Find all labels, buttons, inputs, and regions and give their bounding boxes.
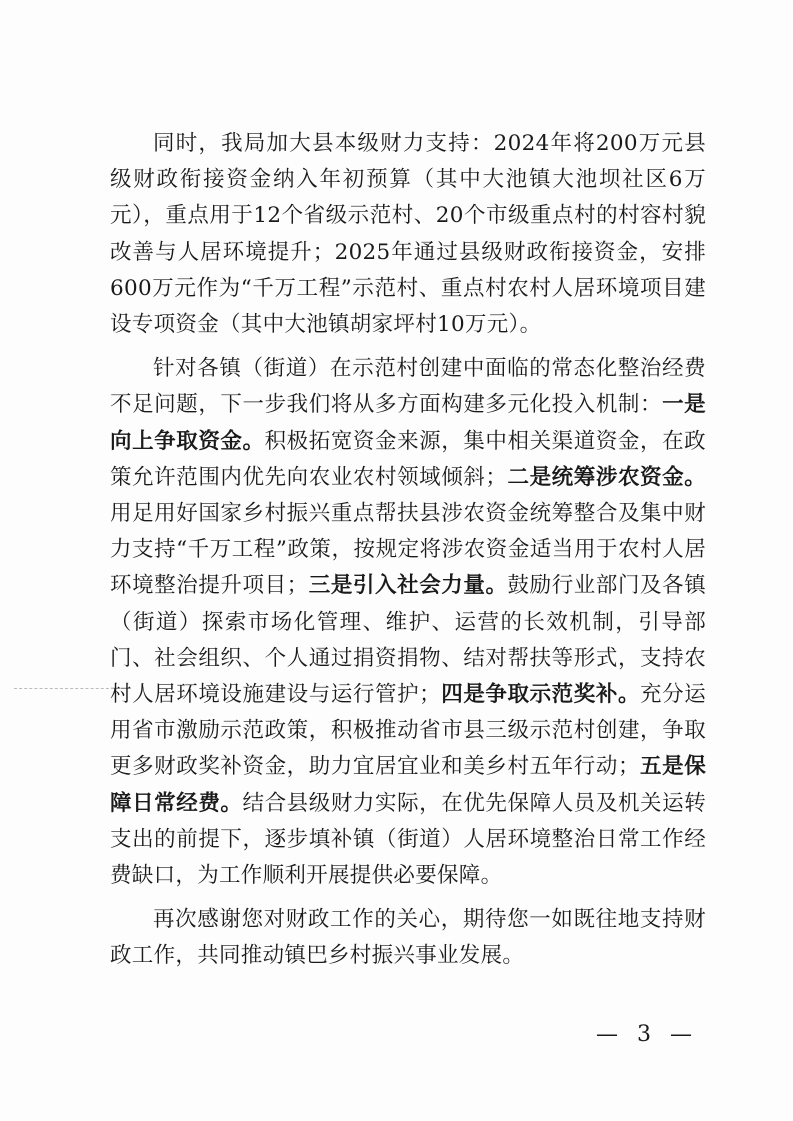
paragraph-closing: 再次感谢您对财政工作的关心，期待您一如既往地支持财政工作，共同推动镇巴乡村振兴事… <box>110 902 706 974</box>
paragraph-text: 针对各镇（街道）在示范村创建中面临的常态化整治经费不足问题，下一步我们将从多方面… <box>110 356 706 417</box>
paragraph-text: 再次感谢您对财政工作的关心，期待您一如既往地支持财政工作，共同推动镇巴乡村振兴事… <box>110 907 706 968</box>
paragraph-text: 同时，我局加大县本级财力支持：2024年将200万元县级财政衔接资金纳入年初预算… <box>110 131 706 337</box>
measure-heading-4: 四是争取示范奖补。 <box>441 682 640 707</box>
measure-heading-2: 二是统筹涉农资金。 <box>507 465 706 490</box>
paragraph-investment-mechanism: 针对各镇（街道）在示范村创建中面临的常态化整治经费不足问题，下一步我们将从多方面… <box>110 351 706 894</box>
document-body: 同时，我局加大县本级财力支持：2024年将200万元县级财政衔接资金纳入年初预算… <box>110 126 706 975</box>
paragraph-funding-support: 同时，我局加大县本级财力支持：2024年将200万元县级财政衔接资金纳入年初预算… <box>110 126 706 343</box>
page-number: — 3 — <box>596 1022 698 1047</box>
scan-artifact-line <box>14 688 114 689</box>
measure-heading-3: 三是引入社会力量。 <box>308 573 507 598</box>
